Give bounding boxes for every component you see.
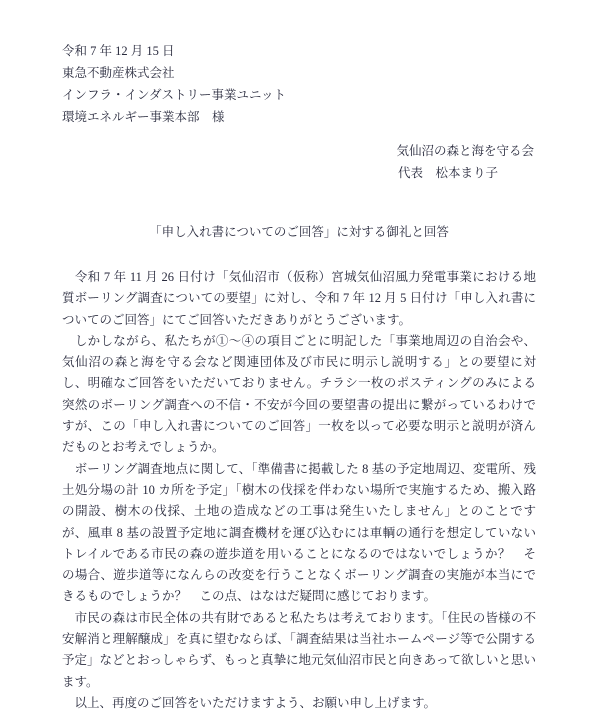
paragraph-boring-survey-question: ボーリング調査地点に関して、「準備書に掲載した 8 基の予定地周辺、変電所、残土… <box>62 459 536 608</box>
letter-title: 「申し入れ書についてのご回答」に対する御礼と回答 <box>62 221 536 243</box>
letter-page: 令和 7 年 12 月 15 日 東急不動産株式会社 インフラ・インダストリー事… <box>0 0 597 717</box>
paragraph-closing-request: 以上、再度のご回答をいただけますよう、お願い申し上げます。 <box>62 693 536 714</box>
recipient-block: 東急不動産株式会社 インフラ・インダストリー事業ユニット 環境エネルギー事業本部… <box>62 62 536 128</box>
letter-date: 令和 7 年 12 月 15 日 <box>62 40 536 62</box>
paragraph-greeting: 令和 7 年 11 月 26 日付け「気仙沼市（仮称）宮城気仙沼風力発電事業にお… <box>62 267 536 331</box>
paragraph-complaint: しかしながら、私たちが①～④の項目ごとに明記した「事業地周辺の自治会や、気仙沼の… <box>62 331 536 459</box>
letter-body: 令和 7 年 11 月 26 日付け「気仙沼市（仮称）宮城気仙沼風力発電事業にお… <box>62 267 536 714</box>
sender-organization: 気仙沼の森と海を守る会 <box>62 140 536 162</box>
sender-representative: 代表 松本まり子 <box>62 162 536 184</box>
sender-block: 気仙沼の森と海を守る会 代表 松本まり子 <box>62 140 536 184</box>
recipient-department: 環境エネルギー事業本部 様 <box>62 106 536 128</box>
recipient-company: 東急不動産株式会社 <box>62 62 536 84</box>
recipient-business-unit: インフラ・インダストリー事業ユニット <box>62 84 536 106</box>
paragraph-citizens-forest: 市民の森は市民全体の共有財であると私たちは考えております。「住民の皆様の不安解消… <box>62 608 536 693</box>
